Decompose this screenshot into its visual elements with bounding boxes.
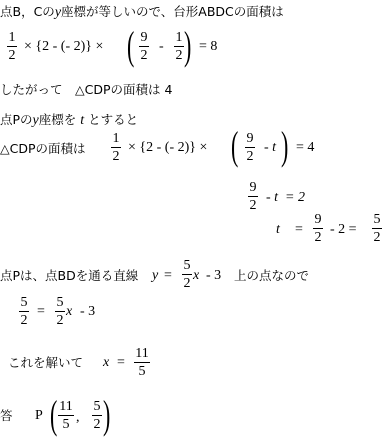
denominator: 2 <box>7 48 17 63</box>
text: 上の点なので <box>234 268 309 284</box>
denominator: 2 <box>182 276 192 291</box>
numerator: 9 <box>313 212 323 227</box>
expression: × {2 - (- 2)} × <box>24 39 103 55</box>
expression: - 2 = <box>330 222 357 238</box>
denominator: 2 <box>313 230 323 245</box>
text: 点B，Cの <box>0 4 55 19</box>
result: = 8 <box>199 39 217 55</box>
numerator: 11 <box>134 346 150 361</box>
fraction: 52 <box>182 258 192 291</box>
denominator: 2 <box>111 149 121 164</box>
fraction: 52 <box>19 295 29 328</box>
fraction: 92 <box>139 30 149 63</box>
denominator: 2 <box>372 230 382 245</box>
left-paren: ( <box>231 126 238 166</box>
text: 座標を <box>39 112 80 127</box>
numerator: 9 <box>248 180 258 195</box>
expression: - t = 2 <box>266 190 305 206</box>
intro-sentence: 点B，Cのy座標が等しいので、台形ABDCの面積は <box>0 4 284 21</box>
expression: - 3 <box>206 268 221 284</box>
denominator: 2 <box>248 198 258 213</box>
result: = 4 <box>296 140 314 156</box>
text: とすると <box>84 112 138 127</box>
fraction: 115 <box>58 399 74 432</box>
fraction: 115 <box>134 346 150 379</box>
equals: = <box>117 355 125 371</box>
point-p: P <box>35 408 43 424</box>
var-x: x <box>103 355 109 371</box>
triangle-area-sentence: したがって △CDPの面積は 4 <box>0 82 172 98</box>
var-x: x <box>193 268 199 284</box>
minus-t: - t <box>264 140 276 156</box>
expression: × {2 - (- 2)} × <box>128 140 207 156</box>
var-x: x <box>66 304 72 320</box>
numerator: 1 <box>7 30 17 45</box>
equals: = <box>295 222 303 238</box>
var-y: y <box>152 268 158 284</box>
fraction: 52 <box>372 212 382 245</box>
denominator: 5 <box>134 364 150 379</box>
right-paren: ) <box>281 126 288 166</box>
denominator: 2 <box>139 48 149 63</box>
fraction: 92 <box>313 212 323 245</box>
text: これを解いて <box>8 355 83 371</box>
fraction: 52 <box>55 295 65 328</box>
numerator: 5 <box>55 295 65 310</box>
denominator: 2 <box>92 417 102 432</box>
fraction: 12 <box>174 30 184 63</box>
var-t: t <box>276 222 280 238</box>
text: 座標が等しいので、台形ABDCの面積は <box>61 4 284 19</box>
fraction: 12 <box>7 30 17 63</box>
text: 点Pは、点BDを通る直線 <box>0 268 138 284</box>
denominator: 2 <box>55 313 65 328</box>
equals: = <box>164 268 172 284</box>
left-paren: ( <box>50 395 57 435</box>
comma: , <box>76 410 80 426</box>
let-t-sentence: 点Pのy座標を t とすると <box>0 112 138 129</box>
denominator: 2 <box>174 48 184 63</box>
right-paren: ) <box>103 395 110 435</box>
answer-label: 答 <box>0 408 13 424</box>
numerator: 9 <box>139 30 149 45</box>
fraction: 92 <box>248 180 258 213</box>
minus: - <box>159 39 164 55</box>
numerator: 1 <box>111 131 121 146</box>
numerator: 11 <box>58 399 74 414</box>
fraction: 92 <box>245 131 255 164</box>
numerator: 5 <box>182 258 192 273</box>
label: △CDPの面積は <box>0 141 86 157</box>
numerator: 5 <box>92 399 102 414</box>
numerator: 5 <box>372 212 382 227</box>
denominator: 5 <box>58 417 74 432</box>
text: 点Pの <box>0 112 33 127</box>
numerator: 9 <box>245 131 255 146</box>
right-paren: ) <box>184 26 191 66</box>
fraction: 12 <box>111 131 121 164</box>
fraction: 52 <box>92 399 102 432</box>
left-paren: ( <box>127 26 134 66</box>
expression: - 3 <box>80 304 95 320</box>
numerator: 1 <box>174 30 184 45</box>
denominator: 2 <box>19 313 29 328</box>
numerator: 5 <box>19 295 29 310</box>
denominator: 2 <box>245 149 255 164</box>
equals: = <box>37 304 45 320</box>
